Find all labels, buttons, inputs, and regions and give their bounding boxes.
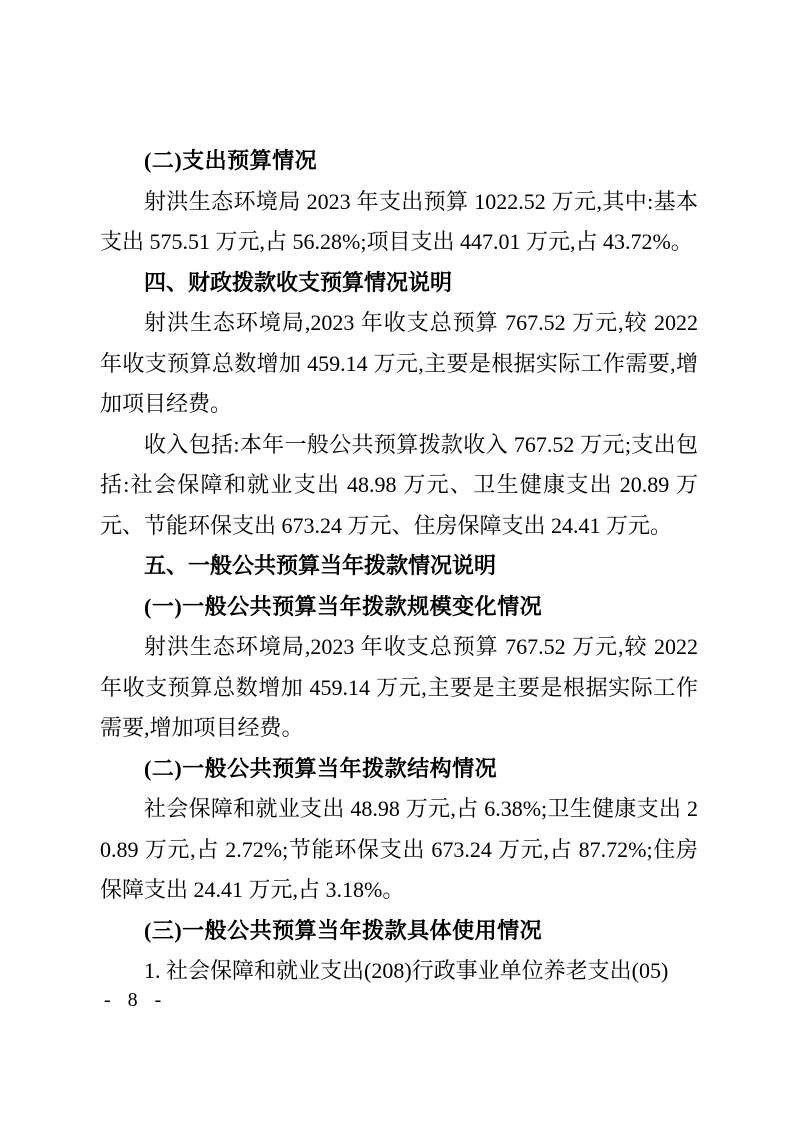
section-heading-fiscal-appropriation: 四、财政拨款收支预算情况说明	[100, 263, 698, 304]
subsection-heading-structure: (二)一般公共预算当年拨款结构情况	[100, 749, 698, 790]
page-number: - 8 -	[104, 989, 167, 1012]
subsection-heading-scale-change: (一)一般公共预算当年拨款规模变化情况	[100, 587, 698, 628]
paragraph-expenditure-budget: 射洪生态环境局 2023 年支出预算 1022.52 万元,其中:基本支出 57…	[100, 182, 698, 263]
paragraph-social-security-item: 1. 社会保障和就业支出(208)行政事业单位养老支出(05)	[100, 951, 698, 992]
document-page: (二)支出预算情况 射洪生态环境局 2023 年支出预算 1022.52 万元,…	[0, 0, 793, 1122]
subsection-heading-specific-usage: (三)一般公共预算当年拨款具体使用情况	[100, 911, 698, 952]
paragraph-scale-change: 射洪生态环境局,2023 年收支总预算 767.52 万元,较 2022 年收支…	[100, 627, 698, 749]
section-heading-public-budget-appropriation: 五、一般公共预算当年拨款情况说明	[100, 546, 698, 587]
paragraph-total-budget: 射洪生态环境局,2023 年收支总预算 767.52 万元,较 2022 年收支…	[100, 303, 698, 425]
paragraph-structure-breakdown: 社会保障和就业支出 48.98 万元,占 6.38%;卫生健康支出 20.89 …	[100, 789, 698, 911]
subsection-heading-expenditure-budget: (二)支出预算情况	[100, 141, 698, 182]
paragraph-income-expenditure-breakdown: 收入包括:本年一般公共预算拨款收入 767.52 万元;支出包括:社会保障和就业…	[100, 425, 698, 547]
document-body: (二)支出预算情况 射洪生态环境局 2023 年支出预算 1022.52 万元,…	[100, 141, 698, 992]
